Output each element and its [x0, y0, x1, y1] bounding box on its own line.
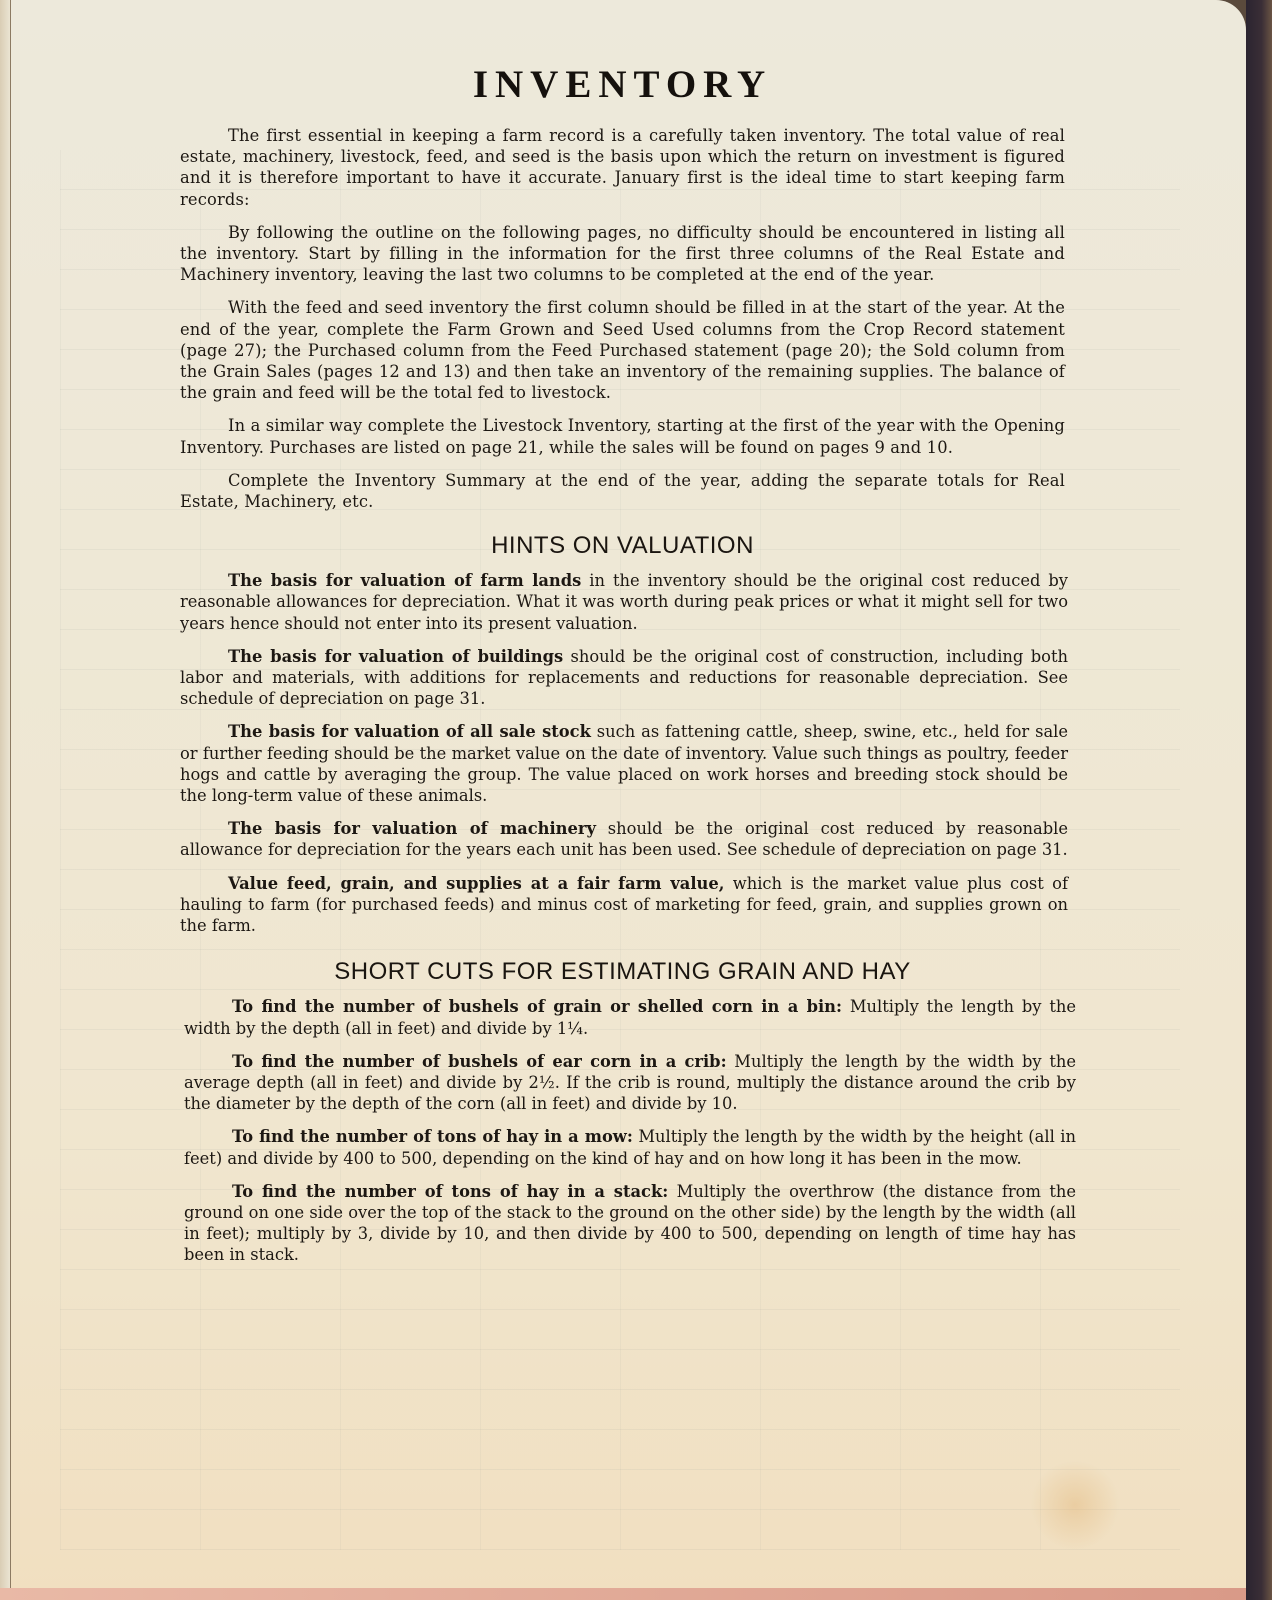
shortcuts-section: To find the number of bushels of grain o… [184, 996, 1076, 1265]
hints-section: The basis for valuation of farm lands in… [180, 570, 1068, 936]
document-content: INVENTORY The first essential in keeping… [180, 62, 1065, 1278]
shortcuts-heading: SHORT CUTS FOR ESTIMATING GRAIN AND HAY [180, 958, 1065, 986]
hint-paragraph: The basis for valuation of buildings sho… [180, 646, 1068, 710]
intro-paragraph: With the feed and seed inventory the fir… [180, 297, 1065, 403]
shortcut-paragraph: To find the number of bushels of grain o… [184, 996, 1076, 1038]
book-edge-shadow [1246, 0, 1272, 1600]
hints-heading: HINTS ON VALUATION [180, 532, 1065, 560]
shortcut-paragraph: To find the number of tons of hay in a s… [184, 1181, 1076, 1266]
paper-stain [1030, 1460, 1120, 1550]
shortcut-lead: To find the number of tons of hay in a m… [232, 1127, 633, 1146]
page-title: INVENTORY [180, 62, 1065, 107]
intro-paragraph: By following the outline on the followin… [180, 222, 1065, 286]
shortcut-lead: To find the number of tons of hay in a s… [232, 1182, 668, 1201]
page-binding-edge [0, 0, 11, 1600]
hint-lead: The basis for valuation of machinery [228, 819, 596, 838]
hint-paragraph: The basis for valuation of machinery sho… [180, 818, 1068, 860]
hint-paragraph: The basis for valuation of farm lands in… [180, 570, 1068, 634]
shortcut-paragraph: To find the number of bushels of ear cor… [184, 1051, 1076, 1115]
shortcut-lead: To find the number of bushels of ear cor… [232, 1052, 727, 1071]
intro-paragraph: Complete the Inventory Summary at the en… [180, 470, 1065, 512]
hint-paragraph: The basis for valuation of all sale stoc… [180, 721, 1068, 806]
hint-paragraph: Value feed, grain, and supplies at a fai… [180, 873, 1068, 937]
shortcut-lead: To find the number of bushels of grain o… [232, 997, 842, 1016]
intro-section: The first essential in keeping a farm re… [180, 125, 1065, 512]
shortcut-paragraph: To find the number of tons of hay in a m… [184, 1126, 1076, 1168]
intro-paragraph: The first essential in keeping a farm re… [180, 125, 1065, 210]
hint-lead: The basis for valuation of farm lands [228, 571, 581, 590]
page-bottom-edge [0, 1588, 1246, 1600]
document-page: INVENTORY The first essential in keeping… [0, 0, 1246, 1600]
intro-paragraph: In a similar way complete the Livestock … [180, 415, 1065, 457]
hint-lead: Value feed, grain, and supplies at a fai… [228, 874, 724, 893]
hint-lead: The basis for valuation of all sale stoc… [228, 722, 591, 741]
hint-lead: The basis for valuation of buildings [228, 647, 563, 666]
